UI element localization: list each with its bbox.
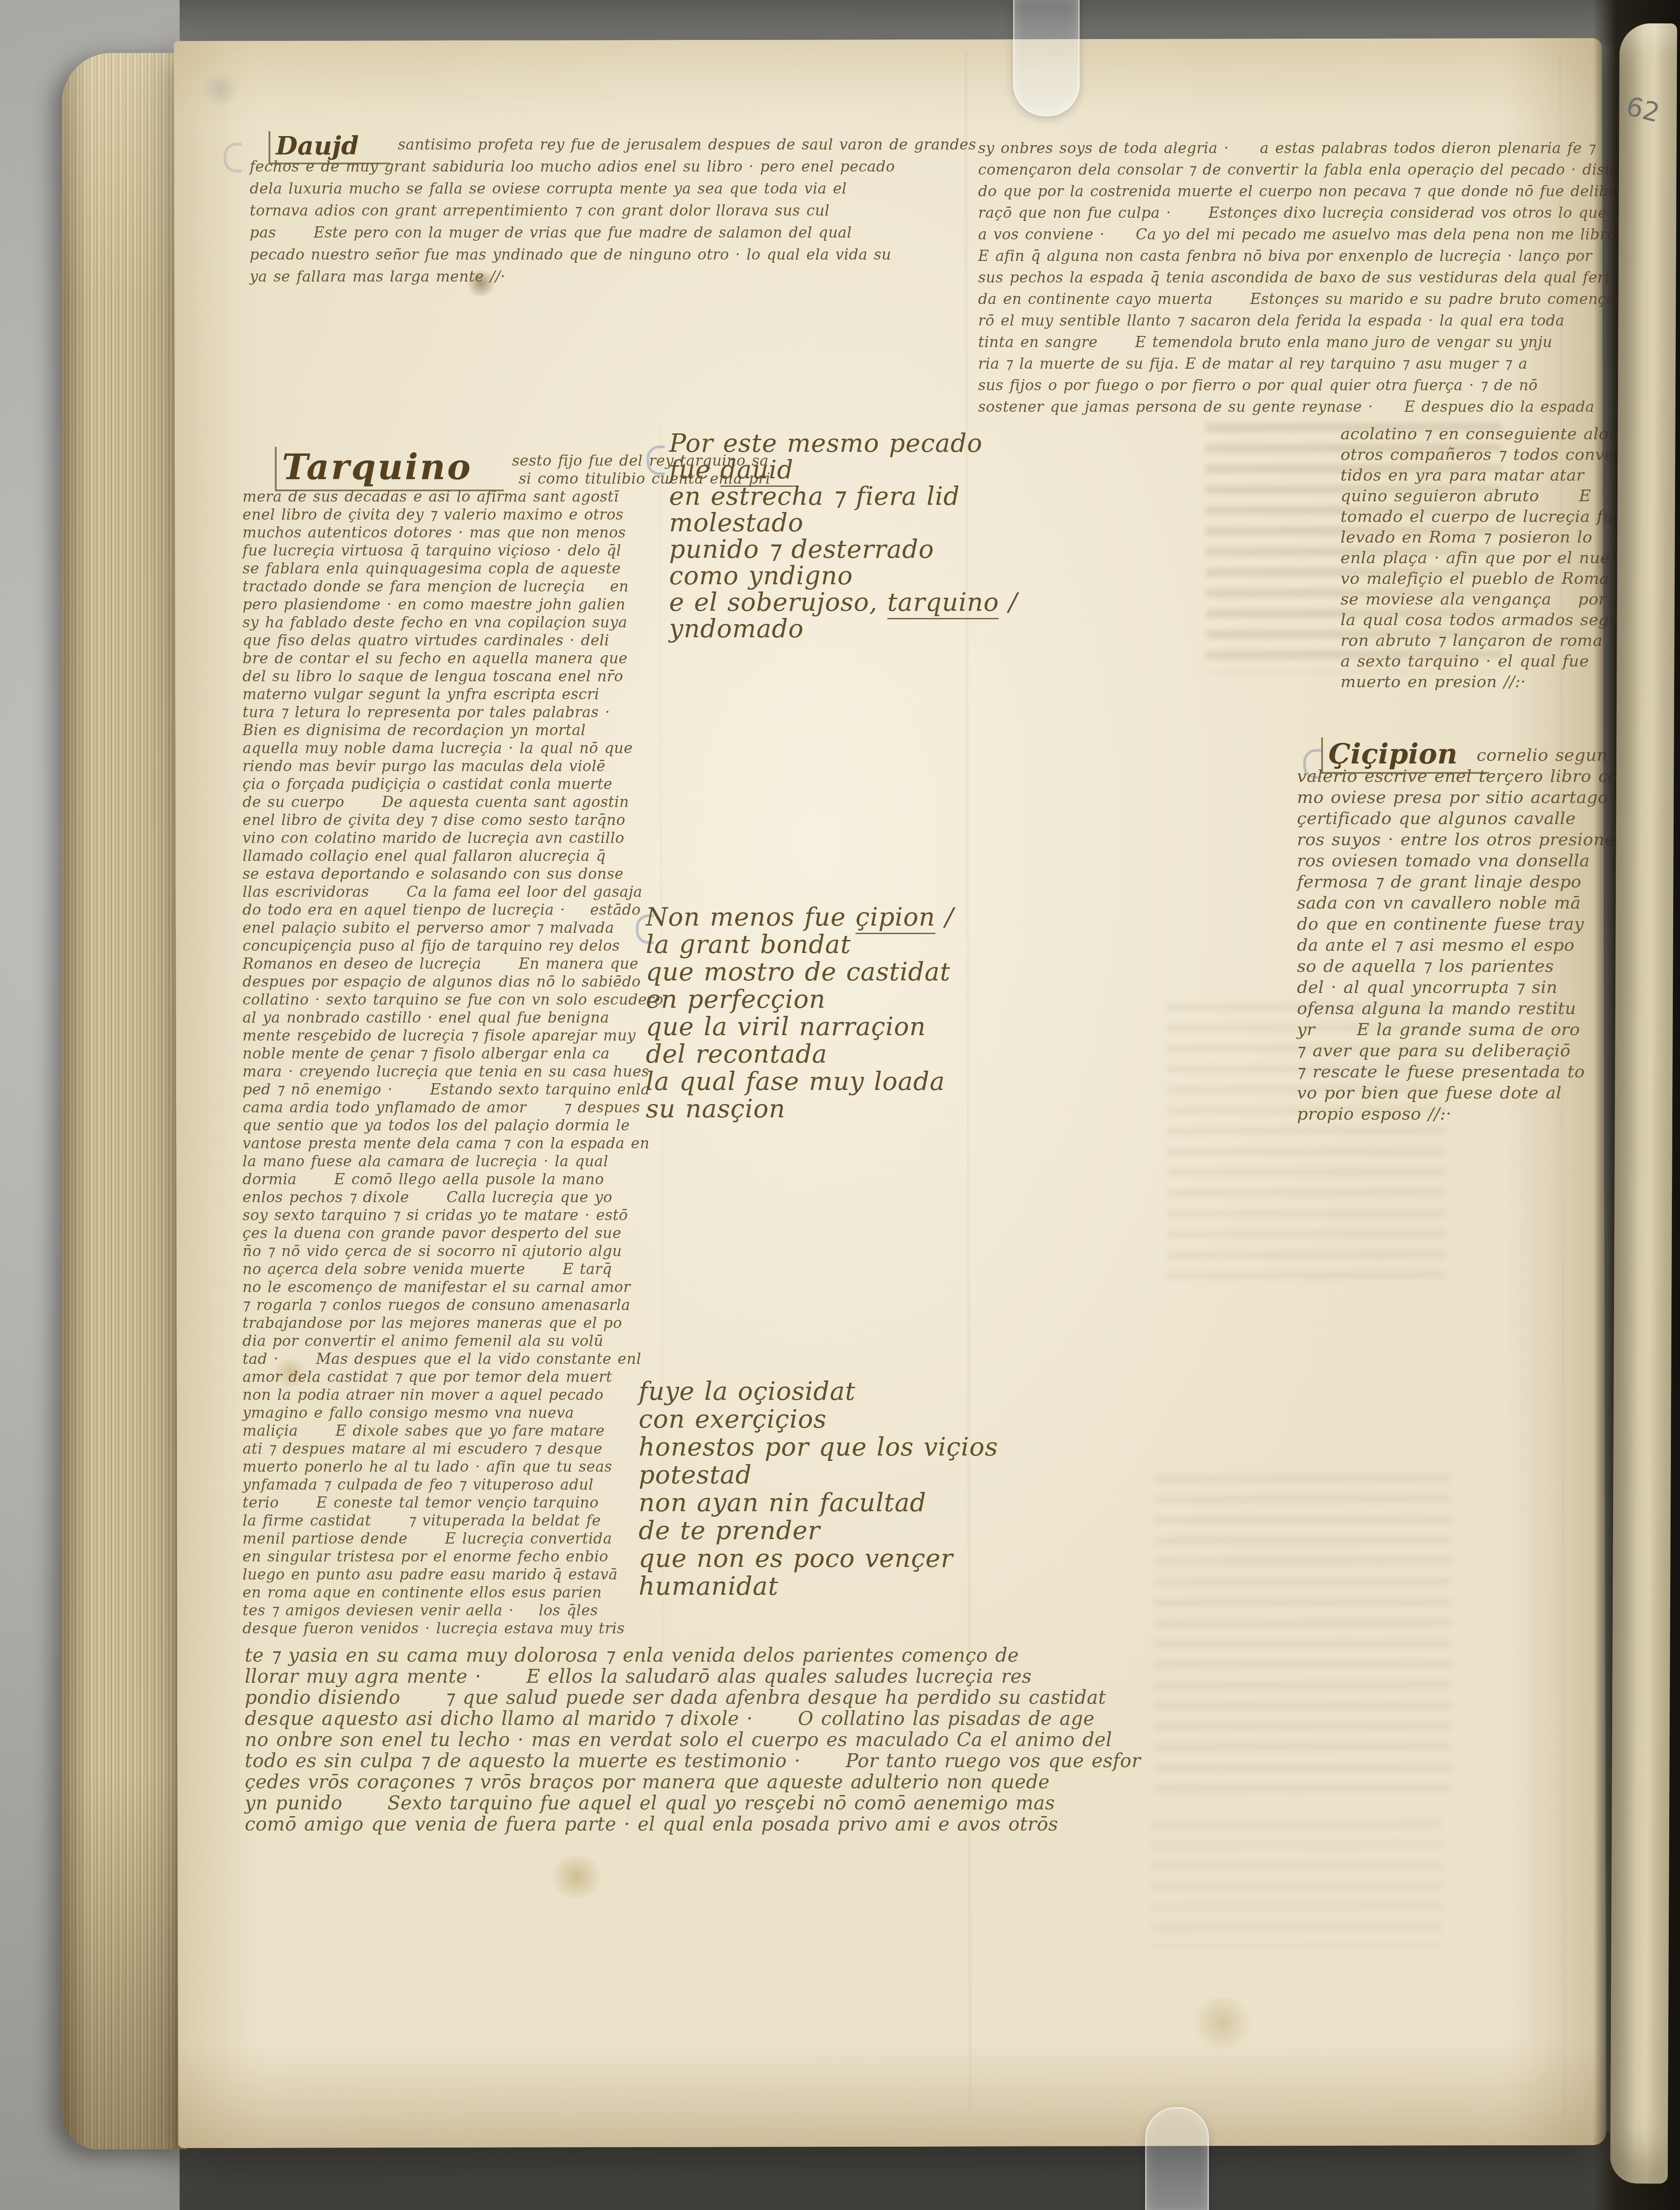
text-line: valerio escrive enel terçero libro co	[1297, 766, 1614, 787]
text-line: ya se fallara mas larga mente //·	[250, 265, 854, 287]
text-line: dia por convertir el animo femenil ala s…	[243, 1332, 662, 1350]
text-line: del · al qual yncorrupta ⁊ sin	[1297, 977, 1614, 998]
text-line: no açerca dela sobre venida muerte E tar…	[243, 1260, 662, 1278]
text-line: vo malefiçio el pueblo de Roma	[1340, 569, 1614, 589]
text-line: sus fijos o por fuego o por fierro o por…	[978, 375, 1605, 396]
text-line: çes la duena con grande pavor desperto d…	[243, 1224, 662, 1242]
text-line: çia o forçada pudiçiçia o castidat conla…	[243, 775, 662, 793]
verse-block-moral: fuye la oçiosidatcon exerçiçioshonestos …	[639, 1378, 998, 1601]
text-line: mente resçebido de lucreçia ⁊ fisole apa…	[243, 1027, 662, 1045]
text-line: sus pechos la espada q̄ tenia ascondida …	[978, 267, 1605, 288]
text-line: si como titulibio cuenta enla pri	[243, 470, 662, 488]
text-line: se estava deportando e solasando con sus…	[243, 865, 662, 883]
text-line: Non menos fue çipion /	[646, 904, 954, 931]
text-line: dormia E comō llego aella pusole la mano	[243, 1170, 662, 1188]
text-line: cornelio segun que	[1297, 745, 1614, 766]
text-line: santisimo profeta rey fue de jerusalem d…	[250, 133, 854, 155]
text-line: dela luxuria mucho se falla se oviese co…	[250, 177, 854, 199]
text-line: del su libro lo saque de lengua toscana …	[243, 667, 662, 685]
text-line: fuye la oçiosidat	[639, 1378, 998, 1406]
text-line: pecado nuestro señor fue mas yndinado qu…	[250, 243, 854, 265]
text-line: aquella muy noble dama lucreçia · la qua…	[243, 739, 662, 757]
text-line: tractado donde se fara mençion de lucreç…	[243, 578, 662, 596]
text-line: que sentio que ya todos los del palaçio …	[243, 1116, 662, 1134]
text-line: ros suyos · entre los otros presione	[1297, 829, 1614, 850]
text-line: fechos e de muy grant sabiduria loo much…	[250, 155, 854, 177]
text-line: punido ⁊ desterrado	[669, 536, 1018, 563]
text-line: en roma aque en continente ellos esus pa…	[243, 1584, 662, 1601]
text-line: se moviese ala vengança por	[1340, 589, 1614, 610]
text-line: cama ardia todo ynflamado de amor ⁊ desp…	[243, 1098, 662, 1116]
transparent-page-clip-bottom	[1145, 2107, 1209, 2210]
text-line: te ⁊ yasia en su cama muy dolorosa ⁊ enl…	[245, 1645, 1116, 1666]
text-line: mo oviese presa por sitio acartago	[1297, 787, 1614, 808]
text-line: ati ⁊ despues matare al mi escudero ⁊ de…	[243, 1440, 662, 1458]
text-line: al ya nonbrado castillo · enel qual fue …	[243, 1009, 662, 1027]
text-line: que la viril narraçion	[646, 1013, 954, 1041]
text-line: yr E la grande suma de oro	[1297, 1019, 1614, 1040]
cipion-column: cornelio segun quevalerio escrive enel t…	[1297, 745, 1614, 1125]
text-line: Romanos en deseo de lucreçia En manera q…	[243, 955, 662, 973]
verso-showthrough	[1150, 1813, 1442, 1948]
text-line: enel libro de çivita dey ⁊ dise como ses…	[243, 811, 662, 829]
text-line: mara · creyendo lucreçia que tenia en su…	[243, 1063, 662, 1081]
text-line: levado en Roma ⁊ posieron lo	[1340, 527, 1614, 548]
text-line: despues por espaçio de algunos dias nō l…	[243, 973, 662, 991]
text-line: non ayan nin facultad	[639, 1489, 998, 1517]
text-line: que mostro de castidat	[646, 958, 954, 986]
text-line: la qual fase muy loada	[646, 1068, 954, 1095]
text-line: sada con vn cavallero noble mā	[1297, 892, 1614, 913]
text-line: noble mente de çenar ⁊ fisolo albergar e…	[243, 1045, 662, 1063]
text-line: en perfecçion	[646, 986, 954, 1013]
text-line: del recontada	[646, 1041, 954, 1068]
paper-stain	[547, 1855, 606, 1898]
text-line: potestad	[639, 1461, 998, 1489]
text-line: se fablara enla quinquagesima copla de a…	[243, 560, 662, 578]
text-line: llas escrividoras Ca la fama eel loor de…	[243, 883, 662, 901]
text-line: luego en punto asu padre easu marido q̄ …	[243, 1566, 662, 1584]
text-line: honestos por que los viçios	[639, 1434, 998, 1461]
text-line: ron abruto ⁊ lançaron de roma	[1340, 631, 1614, 651]
text-line: desque aquesto asi dicho llamo al marido…	[245, 1708, 1116, 1729]
verse-block-david: Por este mesmo pecadofue dauiden estrech…	[669, 430, 1018, 642]
text-line: raçō que non fue culpa · Estonçes dixo l…	[978, 202, 1605, 224]
text-line: tomado el cuerpo de lucreçia fue	[1340, 507, 1614, 527]
text-line: bre de contar el su fecho en aquella man…	[243, 649, 662, 667]
lucrecia-story-paragraph: sy onbres soys de toda alegria · a estas…	[978, 137, 1605, 418]
text-line: da ante el ⁊ asi mesmo el espo	[1297, 935, 1614, 956]
text-line: humanidat	[639, 1573, 998, 1601]
text-line: tornava adios con grant arrepentimiento …	[250, 199, 854, 221]
text-line: tinta en sangre E temendola bruto enla m…	[978, 331, 1605, 353]
text-line: muerto en presion //:·	[1340, 672, 1614, 693]
text-line: sy ha fablado deste fecho en vna copilaç…	[243, 613, 662, 631]
text-line: molestado	[669, 510, 1018, 536]
text-line: do que por la costrenida muerte el cuerp…	[978, 181, 1605, 202]
text-line: con exerçiçios	[639, 1406, 998, 1434]
text-line: llorar muy agra mente · E ellos la salud…	[245, 1666, 1116, 1687]
text-line: Por este mesmo pecado	[669, 430, 1018, 457]
text-line: que fiso delas quatro virtudes cardinale…	[243, 631, 662, 649]
text-line: tura ⁊ letura lo representa por tales pa…	[243, 703, 662, 721]
text-line: çertificado que algunos cavalle	[1297, 808, 1614, 829]
text-line: propio esposo //:·	[1297, 1103, 1614, 1125]
text-line: vo por bien que fuese dote al	[1297, 1082, 1614, 1103]
text-line: do todo era en aquel tienpo de lucreçia …	[243, 901, 662, 919]
text-line: acolatino ⁊ en conseguiente alos	[1340, 424, 1614, 445]
text-line: maliçia E dixole sabes que yo fare matar…	[243, 1422, 662, 1440]
text-line: ros oviesen tomado vna donsella	[1297, 850, 1614, 871]
text-line: trabajandose por las mejores maneras que…	[243, 1314, 662, 1332]
text-line: mera de sus decadas e asi lo afirma sant…	[243, 488, 662, 506]
photograph-of-codex: Daujd Tarquino Çiçipion santisimo profet…	[0, 0, 1680, 2210]
text-line: enel libro de çivita dey ⁊ valerio maxim…	[243, 506, 662, 524]
text-line: desque fueron venidos · lucreçia estava …	[243, 1619, 662, 1637]
text-line: llamado collaçio enel qual fallaron aluc…	[243, 847, 662, 865]
text-line: enel palaçio subito el perverso amor ⁊ m…	[243, 919, 662, 937]
text-line: tad · Mas despues que el la vido constan…	[243, 1350, 662, 1368]
text-line: vantose presta mente dela cama ⁊ con la …	[243, 1134, 662, 1152]
text-line: Bien es dignisima de recordaçion yn mort…	[243, 721, 662, 739]
text-line: fermosa ⁊ de grant linaje despo	[1297, 871, 1614, 892]
text-line: ⁊ rescate le fuese presentada to	[1297, 1061, 1614, 1082]
verso-showthrough	[1154, 1467, 1451, 1795]
text-line: E afin q̄ alguna non casta fenbra nō biv…	[978, 245, 1605, 267]
verse-block-cipion: Non menos fue çipion /la grant bondatque…	[646, 904, 954, 1123]
text-line: començaron dela consolar ⁊ de convertir …	[978, 159, 1605, 181]
text-line: non la podia atraer nin mover a aquel pe…	[243, 1386, 662, 1404]
text-line: materno vulgar segunt la ynfra escripta …	[243, 685, 662, 703]
text-line: otros compañeros ⁊ todos conver	[1340, 445, 1614, 465]
david-paragraph: santisimo profeta rey fue de jerusalem d…	[250, 133, 854, 287]
text-line: tidos en yra para matar atar	[1340, 465, 1614, 486]
text-line: comō amigo que venia de fuera parte · el…	[245, 1813, 1116, 1835]
text-line: menil partiose dende E lucreçia converti…	[243, 1530, 662, 1548]
text-line: tes ⁊ amigos deviesen venir aella · los …	[243, 1601, 662, 1619]
text-line: enla plaça · afin que por el nue	[1340, 548, 1614, 569]
text-line: terio E coneste tal temor vençio tarquin…	[243, 1494, 662, 1512]
text-line: ⁊ aver que para su deliberaçiō	[1297, 1040, 1614, 1061]
text-line: quino seguieron abruto E	[1340, 486, 1614, 507]
next-leaf-edge: 62	[1610, 23, 1677, 2184]
text-line: yndomado	[669, 616, 1018, 642]
text-line: da en continente cayo muerta Estonçes su…	[978, 288, 1605, 310]
text-line: yn punido Sexto tarquino fue aquel el qu…	[245, 1792, 1116, 1813]
text-line: fue lucreçia virtuosa q̄ tarquino viçios…	[243, 542, 662, 560]
text-line: pas Este pero con la muger de vrias que …	[250, 221, 854, 243]
text-line: su nasçion	[646, 1095, 954, 1123]
text-line: como yndigno	[669, 563, 1018, 589]
text-line: vino con colatino marido de lucreçia avn…	[243, 829, 662, 847]
text-line: so de aquella ⁊ los parientes	[1297, 956, 1614, 977]
book-fore-edge-page-stack	[62, 53, 187, 2149]
text-line: la qual cosa todos armados seguie	[1340, 610, 1614, 631]
text-line: ped ⁊ nō enemigo · Estando sexto tarquin…	[243, 1081, 662, 1098]
text-line: amor dela castidat ⁊ que por temor dela …	[243, 1368, 662, 1386]
paper-stain	[200, 72, 240, 106]
text-line: muchos autenticos dotores · mas que non …	[243, 524, 662, 542]
text-line: concupiçençia puso al fijo de tarquino r…	[243, 937, 662, 955]
folio-number: 62	[1623, 91, 1662, 128]
text-line: pondio disiendo ⁊ que salud puede ser da…	[245, 1687, 1116, 1708]
text-line: en estrecha ⁊ fiera lid	[669, 483, 1018, 510]
text-line: sesto fijo fue del rey tarquino sa	[243, 452, 662, 470]
lucrecia-story-continuation-column: acolatino ⁊ en conseguiente alosotros co…	[1340, 424, 1614, 693]
text-line: enlos pechos ⁊ dixole Calla lucreçia que…	[243, 1188, 662, 1206]
text-line: de su cuerpo De aquesta cuenta sant agos…	[243, 793, 662, 811]
text-line: ofensa alguna la mando restitu	[1297, 998, 1614, 1019]
tarquino-column: sesto fijo fue del rey tarquino sasi com…	[243, 452, 662, 1637]
text-line: no onbre son enel tu lecho · mas en verd…	[245, 1729, 1116, 1750]
text-line: sostener que jamas persona de su gente r…	[978, 396, 1605, 418]
text-line: fue dauid	[669, 457, 1018, 483]
text-line: que non es poco vençer	[639, 1545, 998, 1573]
text-line: ⁊ rogarla ⁊ conlos ruegos de consuno ame…	[243, 1296, 662, 1314]
text-line: e el soberujoso, tarquino /	[669, 589, 1018, 616]
text-line: de te prender	[639, 1517, 998, 1545]
text-line: soy sexto tarquino ⁊ si cridas yo te mat…	[243, 1206, 662, 1224]
text-line: rō el muy sentible llanto ⁊ sacaron dela…	[978, 310, 1605, 331]
text-line: a vos conviene · Ca yo del mi pecado me …	[978, 224, 1605, 245]
text-line: no le escomenço de manifestar el su carn…	[243, 1278, 662, 1296]
text-line: la mano fuese ala camara de lucreçia · l…	[243, 1152, 662, 1170]
text-line: pero plasiendome · en como maestre john …	[243, 596, 662, 613]
transparent-page-clip-top	[1013, 0, 1080, 116]
text-line: muerto ponerlo he al tu lado · afin que …	[243, 1458, 662, 1476]
text-line: en singular tristesa por el enorme fecho…	[243, 1548, 662, 1566]
text-line: çedes vrōs coraçones ⁊ vrōs braços por m…	[245, 1771, 1116, 1792]
text-line: ynfamada ⁊ culpada de feo ⁊ vituperoso a…	[243, 1476, 662, 1494]
text-line: la grant bondat	[646, 931, 954, 958]
paraph-mark-icon	[224, 143, 242, 172]
bottom-paragraph: te ⁊ yasia en su cama muy dolorosa ⁊ enl…	[245, 1645, 1116, 1835]
text-line: la firme castidat ⁊ vituperada la beldat…	[243, 1512, 662, 1530]
text-line: ño ⁊ nō vido çerca de si socorro nī ajut…	[243, 1242, 662, 1260]
text-line: a sexto tarquino · el qual fue	[1340, 651, 1614, 672]
text-line: todo es sin culpa ⁊ de aquesto la muerte…	[245, 1750, 1116, 1771]
text-line: collatino · sexto tarquino se fue con vn…	[243, 991, 662, 1009]
text-line: riendo mas bevir purgo las maculas dela …	[243, 757, 662, 775]
text-line: ymagino e fallo consigo mesmo vna nueva	[243, 1404, 662, 1422]
text-line: sy onbres soys de toda alegria · a estas…	[978, 137, 1605, 159]
paper-stain	[1188, 1997, 1256, 2048]
text-line: ria ⁊ la muerte de su fija. E de matar a…	[978, 353, 1605, 375]
text-line: do que en continente fuese tray	[1297, 913, 1614, 935]
